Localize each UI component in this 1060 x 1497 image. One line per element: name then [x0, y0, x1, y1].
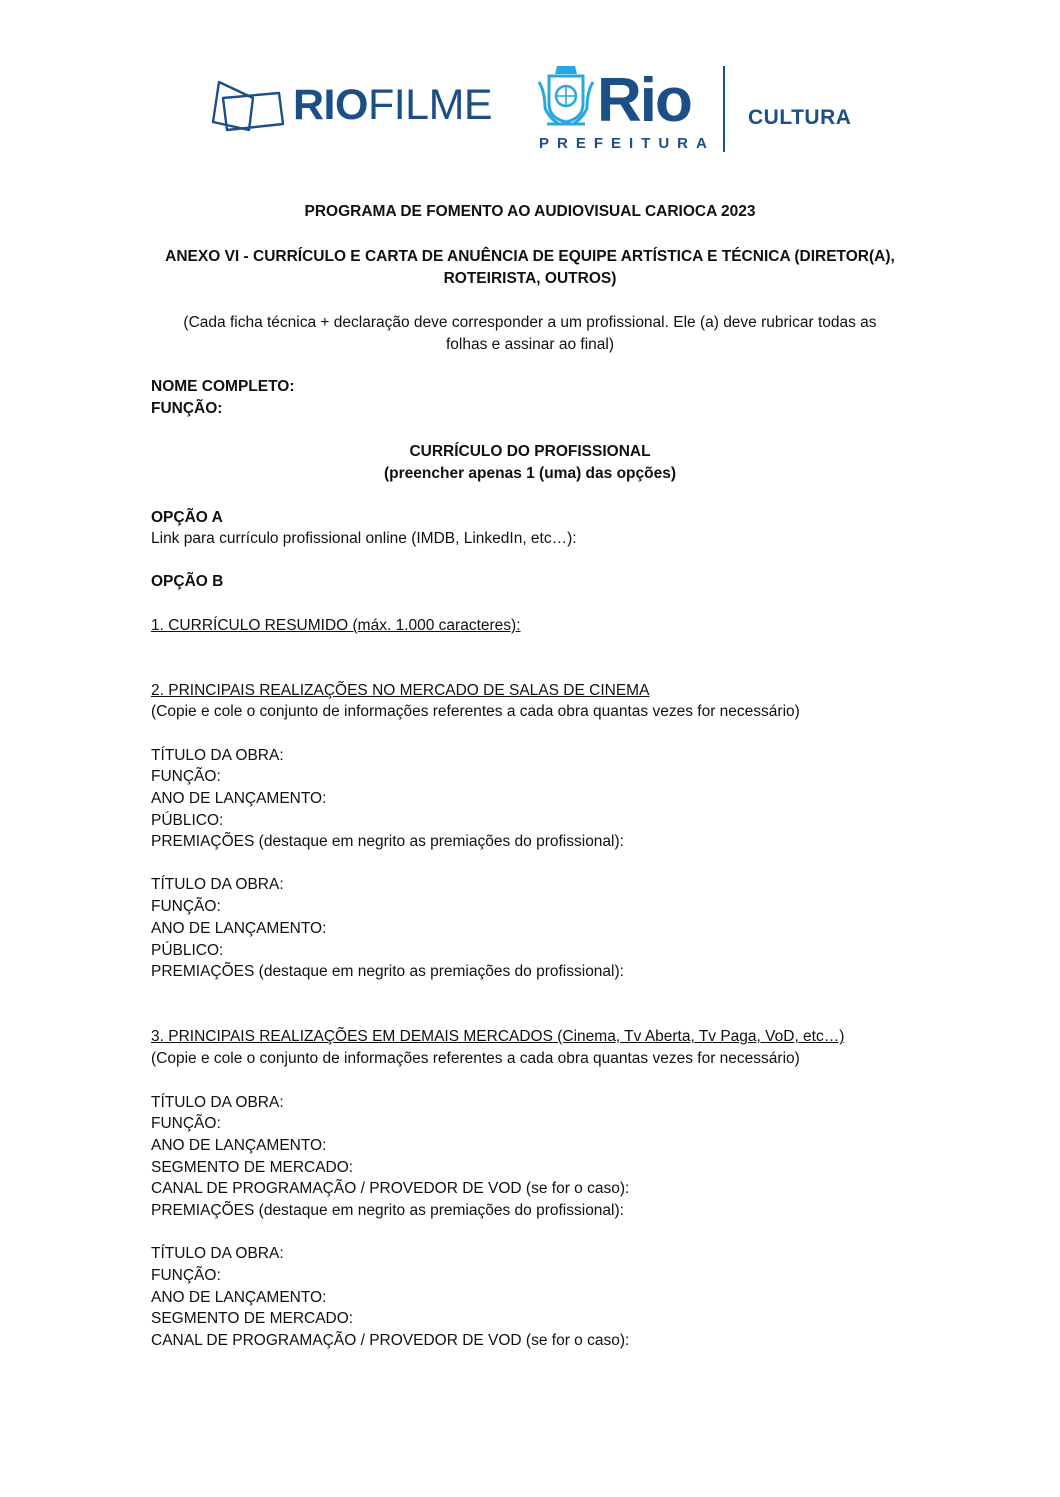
curriculum-subtitle: (preencher apenas 1 (uma) das opções): [0, 463, 1060, 485]
work-title-field: TÍTULO DA OBRA:: [151, 874, 284, 896]
instruction-line1: (Cada ficha técnica + declaração deve co…: [0, 312, 1060, 334]
annex-title-line1: ANEXO VI - CURRÍCULO E CARTA DE ANUÊNCIA…: [0, 246, 1060, 268]
prefeitura-rio-logo: Rio PREFEITURA: [535, 62, 705, 157]
work-title-field: TÍTULO DA OBRA:: [151, 745, 284, 767]
logo-divider: [723, 66, 725, 152]
section2-note: (Copie e cole o conjunto de informações …: [151, 701, 800, 723]
market-segment-field: SEGMENTO DE MERCADO:: [151, 1308, 353, 1330]
channel-vod-field: CANAL DE PROGRAMAÇÃO / PROVEDOR DE VOD (…: [151, 1330, 629, 1352]
rio-wordmark: Rio: [597, 70, 691, 132]
work-title-field: TÍTULO DA OBRA:: [151, 1092, 284, 1114]
city-crest-icon: [537, 64, 595, 130]
section2-title: 2. PRINCIPAIS REALIZAÇÕES NO MERCADO DE …: [151, 680, 649, 702]
cultura-wordmark: CULTURA: [748, 106, 851, 130]
audience-field: PÚBLICO:: [151, 940, 223, 962]
riofilme-logo: RIOFILME: [209, 76, 492, 134]
film-frame-icon: [209, 76, 287, 134]
option-b-title: OPÇÃO B: [151, 571, 223, 593]
awards-field: PREMIAÇÕES (destaque em negrito as premi…: [151, 961, 624, 983]
section3-note: (Copie e cole o conjunto de informações …: [151, 1048, 800, 1070]
release-year-field: ANO DE LANÇAMENTO:: [151, 1287, 326, 1309]
release-year-field: ANO DE LANÇAMENTO:: [151, 918, 326, 940]
work-role-field: FUNÇÃO:: [151, 896, 221, 918]
full-name-field: NOME COMPLETO:: [151, 376, 295, 398]
awards-field: PREMIAÇÕES (destaque em negrito as premi…: [151, 1200, 624, 1222]
section1-summary-cv: 1. CURRÍCULO RESUMIDO (máx. 1.000 caract…: [151, 615, 521, 637]
release-year-field: ANO DE LANÇAMENTO:: [151, 788, 326, 810]
option-a-title: OPÇÃO A: [151, 507, 223, 529]
annex-title-line2: ROTEIRISTA, OUTROS): [0, 268, 1060, 290]
section3-title: 3. PRINCIPAIS REALIZAÇÕES EM DEMAIS MERC…: [151, 1026, 844, 1048]
curriculum-title: CURRÍCULO DO PROFISSIONAL: [0, 441, 1060, 463]
role-field: FUNÇÃO:: [151, 398, 222, 420]
channel-vod-field: CANAL DE PROGRAMAÇÃO / PROVEDOR DE VOD (…: [151, 1178, 629, 1200]
document-page: RIOFILME Rio PREFEITURA CULTURA PROGRAMA…: [0, 0, 1060, 1497]
online-cv-link-field: Link para currículo profissional online …: [151, 528, 577, 550]
work-role-field: FUNÇÃO:: [151, 766, 221, 788]
audience-field: PÚBLICO:: [151, 810, 223, 832]
work-role-field: FUNÇÃO:: [151, 1265, 221, 1287]
release-year-field: ANO DE LANÇAMENTO:: [151, 1135, 326, 1157]
awards-field: PREMIAÇÕES (destaque em negrito as premi…: [151, 831, 624, 853]
header-logos: RIOFILME Rio PREFEITURA CULTURA: [205, 62, 855, 157]
prefeitura-wordmark: PREFEITURA: [539, 135, 715, 152]
market-segment-field: SEGMENTO DE MERCADO:: [151, 1157, 353, 1179]
program-title: PROGRAMA DE FOMENTO AO AUDIOVISUAL CARIO…: [0, 201, 1060, 223]
instruction-line2: folhas e assinar ao final): [0, 334, 1060, 356]
work-title-field: TÍTULO DA OBRA:: [151, 1243, 284, 1265]
work-role-field: FUNÇÃO:: [151, 1113, 221, 1135]
riofilme-wordmark: RIOFILME: [293, 84, 492, 127]
